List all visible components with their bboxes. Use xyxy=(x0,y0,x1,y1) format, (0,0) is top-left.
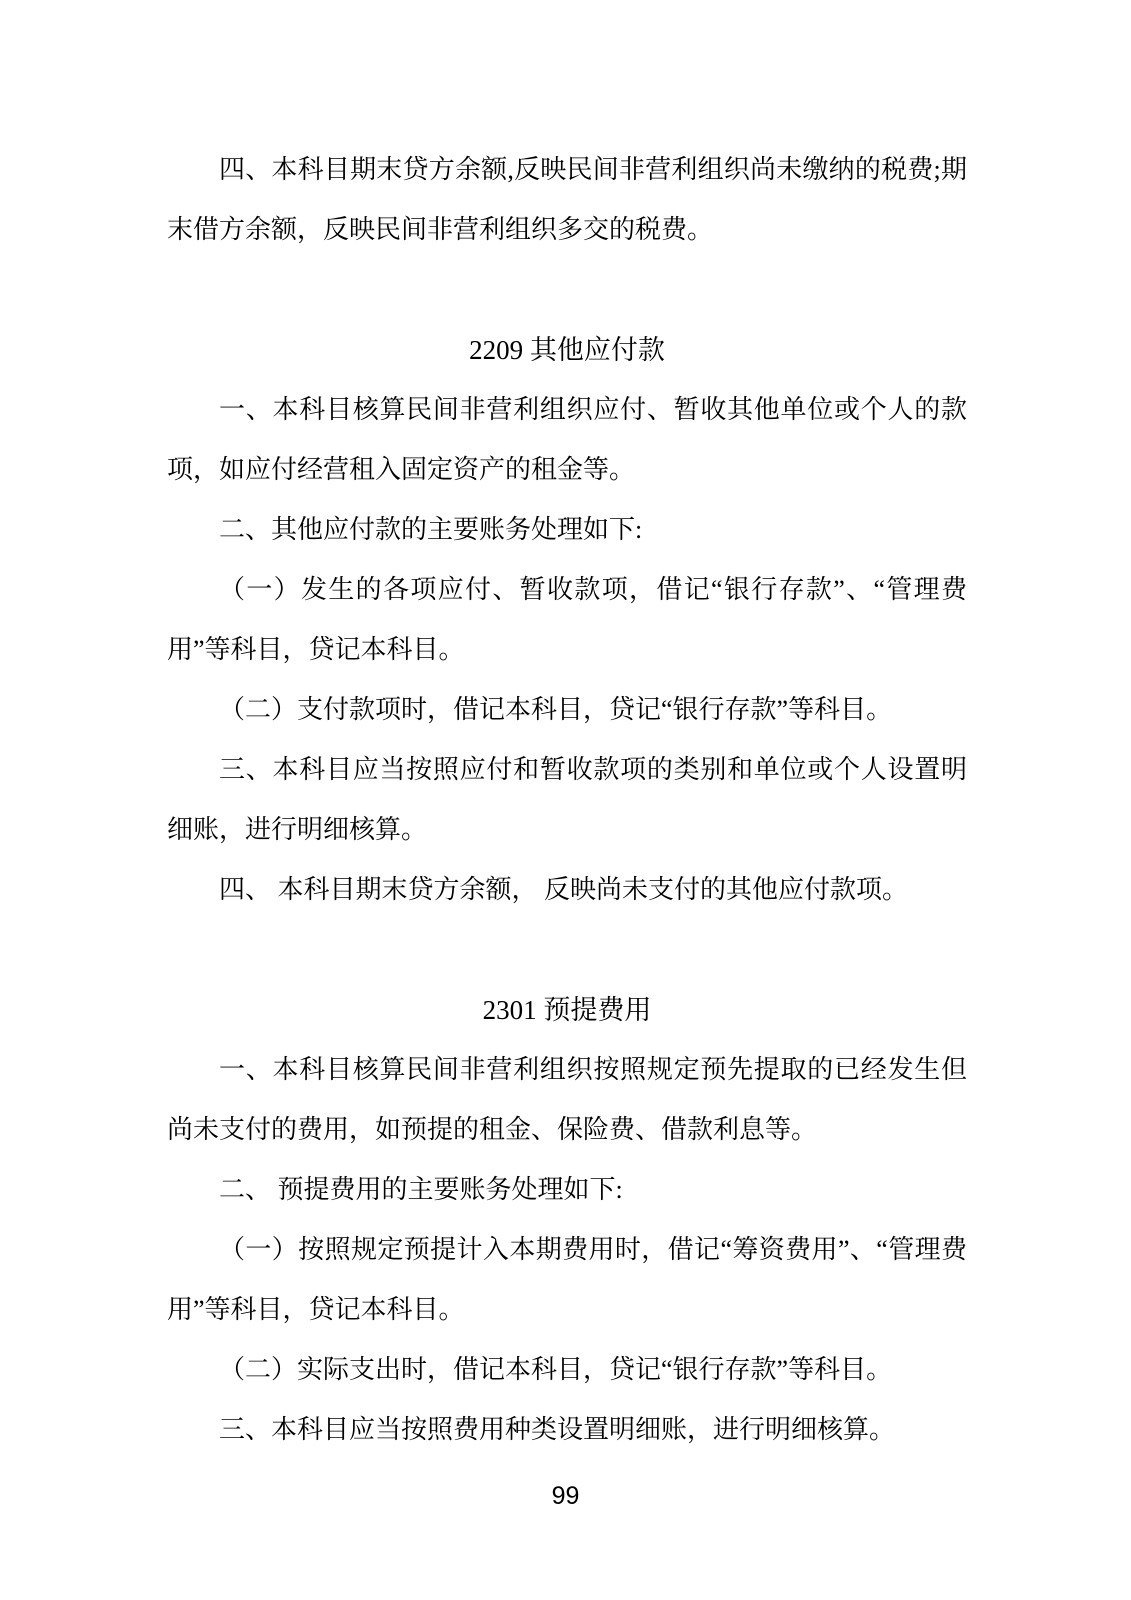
document-page: 四、本科目期末贷方余额,反映民间非营利组织尚未缴纳的税费;期末借方余额，反映民间… xyxy=(0,0,1131,1600)
paragraph-2301-item-1: 一、本科目核算民间非营利组织按照规定预先提取的已经发生但尚未支付的费用，如预提的… xyxy=(167,1040,967,1160)
paragraph-2301-item-2-1: （一）按照规定预提计入本期费用时，借记“筹资费用”、“管理费用”等科目，贷记本科… xyxy=(167,1220,967,1340)
page-number: 99 xyxy=(0,1481,1131,1511)
paragraph-2209-item-2-2: （二）支付款项时，借记本科目，贷记“银行存款”等科目。 xyxy=(167,680,967,740)
paragraph-2209-item-2-1: （一）发生的各项应付、暂收款项，借记“银行存款”、“管理费用”等科目，贷记本科目… xyxy=(167,560,967,680)
paragraph-2301-item-3: 三、本科目应当按照费用种类设置明细账，进行明细核算。 xyxy=(167,1400,967,1460)
paragraph-2209-item-1: 一、本科目核算民间非营利组织应付、暂收其他单位或个人的款项，如应付经营租入固定资… xyxy=(167,380,967,500)
paragraph-2209-item-4: 四、 本科目期末贷方余额， 反映尚未支付的其他应付款项。 xyxy=(167,860,967,920)
paragraph-2301-item-2: 二、 预提费用的主要账务处理如下: xyxy=(167,1160,967,1220)
section-heading-2301-accrued-expenses: 2301 预提费用 xyxy=(167,980,967,1040)
paragraph-2209-item-2: 二、其他应付款的主要账务处理如下: xyxy=(167,500,967,560)
section-heading-2209-other-payables: 2209 其他应付款 xyxy=(167,320,967,380)
paragraph-2209-item-3: 三、本科目应当按照应付和暂收款项的类别和单位或个人设置明细账，进行明细核算。 xyxy=(167,740,967,860)
paragraph-tax-ending-balance: 四、本科目期末贷方余额,反映民间非营利组织尚未缴纳的税费;期末借方余额，反映民间… xyxy=(167,140,967,260)
paragraph-2301-item-2-2: （二）实际支出时，借记本科目，贷记“银行存款”等科目。 xyxy=(167,1340,967,1400)
